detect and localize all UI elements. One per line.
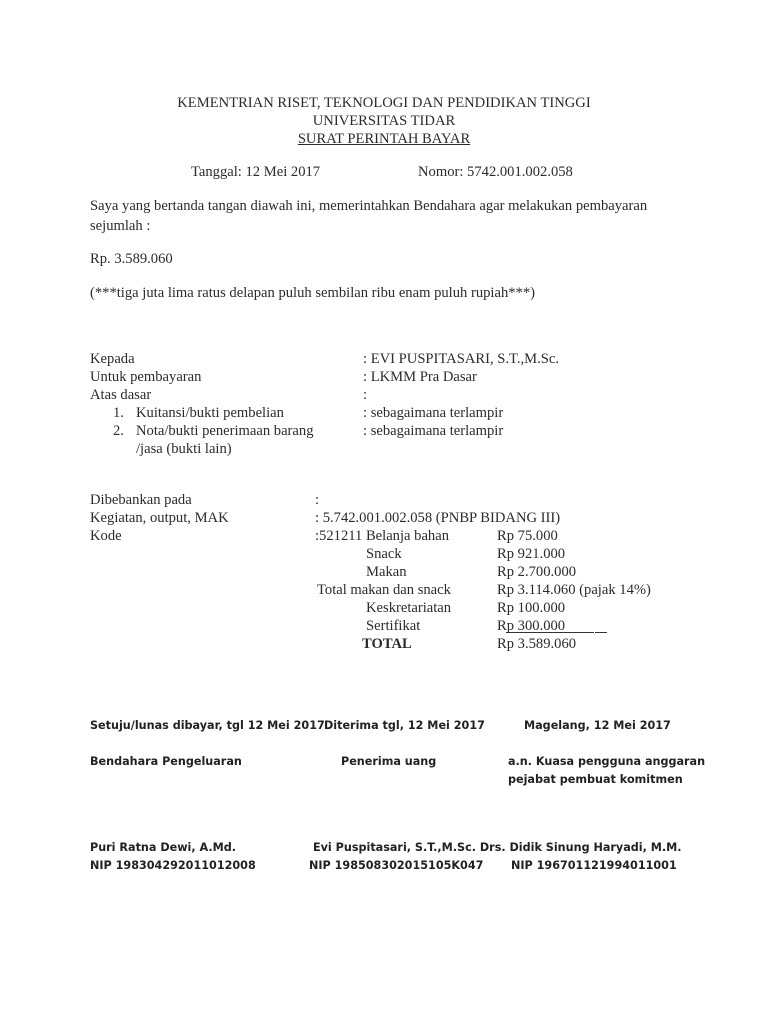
- role-budget-authority: a.n. Kuasa pengguna anggaran: [508, 753, 705, 771]
- university-heading: UNIVERSITAS TIDAR: [0, 112, 768, 130]
- untuk-value: : LKMM Pra Dasar: [363, 368, 477, 386]
- signer-name-treasurer: Puri Ratna Dewi, A.Md.: [90, 839, 236, 857]
- nip-recipient: NIP 198508302015105K047: [309, 857, 483, 875]
- atas-value: :: [363, 386, 367, 404]
- received-date: Diterima tgl, 12 Mei 2017: [324, 717, 485, 735]
- nip-authority: NIP 196701121994011001: [511, 857, 677, 875]
- place-date: Magelang, 12 Mei 2017: [524, 717, 671, 735]
- document-title: SURAT PERINTAH BAYAR: [298, 131, 470, 147]
- sum-underline: [506, 632, 594, 633]
- kode-amount: Rp 75.000: [497, 527, 558, 545]
- total-makan-snack-amount: Rp 3.114.060 (pajak 14%): [497, 581, 651, 599]
- item-1-label: Kuitansi/bukti pembelian: [136, 404, 284, 422]
- item-2-number: 2.: [113, 422, 124, 440]
- intro-line-2: sejumlah :: [90, 217, 150, 235]
- item-1-value: : sebagaimana terlampir: [363, 404, 503, 422]
- total-amount: Rp 3.589.060: [497, 635, 576, 653]
- kepada-label: Kepada: [90, 350, 135, 368]
- item-1-number: 1.: [113, 404, 124, 422]
- kode-label: Kode: [90, 527, 122, 545]
- approval-date: Setuju/lunas dibayar, tgl 12 Mei 2017: [90, 717, 325, 735]
- snack-amount: Rp 921.000: [497, 545, 565, 563]
- sertifikat-label: Sertifikat: [366, 617, 420, 635]
- untuk-label: Untuk pembayaran: [90, 368, 201, 386]
- ministry-heading: KEMENTRIAN RISET, TEKNOLOGI DAN PENDIDIK…: [0, 94, 768, 112]
- kegiatan-label: Kegiatan, output, MAK: [90, 509, 229, 527]
- item-2-value: : sebagaimana terlampir: [363, 422, 503, 440]
- total-makan-snack-label: Total makan dan snack: [317, 581, 451, 599]
- payment-amount: Rp. 3.589.060: [90, 250, 173, 268]
- keskretariatan-amount: Rp 100.000: [497, 599, 565, 617]
- snack-label: Snack: [366, 545, 402, 563]
- item-2-label: Nota/bukti penerimaan barang: [136, 422, 314, 440]
- role-treasurer: Bendahara Pengeluaran: [90, 753, 242, 771]
- document-title-wrap: SURAT PERINTAH BAYAR: [0, 130, 768, 148]
- kepada-value: : EVI PUSPITASARI, S.T.,M.Sc.: [363, 350, 559, 368]
- date-label: Tanggal: 12 Mei 2017: [191, 163, 320, 181]
- keskretariatan-label: Keskretariatan: [366, 599, 451, 617]
- makan-label: Makan: [366, 563, 407, 581]
- number-label: Nomor: 5742.001.002.058: [418, 163, 573, 181]
- makan-amount: Rp 2.700.000: [497, 563, 576, 581]
- role-budget-authority-line2: pejabat pembuat komitmen: [508, 771, 683, 789]
- role-recipient: Penerima uang: [341, 753, 436, 771]
- intro-line-1: Saya yang bertanda tangan diawah ini, me…: [90, 197, 647, 215]
- nip-treasurer: NIP 198304292011012008: [90, 857, 256, 875]
- item-2-label-cont: /jasa (bukti lain): [136, 440, 232, 458]
- sum-underline-tail: [595, 632, 607, 633]
- kode-value: :521211 Belanja bahan: [315, 527, 449, 545]
- amount-in-words: (***tiga juta lima ratus delapan puluh s…: [90, 284, 535, 302]
- kegiatan-value: : 5.742.001.002.058 (PNBP BIDANG III): [315, 509, 560, 527]
- total-label: TOTAL: [362, 635, 412, 653]
- atas-label: Atas dasar: [90, 386, 151, 404]
- dibebankan-value: :: [315, 491, 319, 509]
- signer-names-recipient-authority: Evi Puspitasari, S.T.,M.Sc. Drs. Didik S…: [313, 839, 682, 857]
- dibebankan-label: Dibebankan pada: [90, 491, 192, 509]
